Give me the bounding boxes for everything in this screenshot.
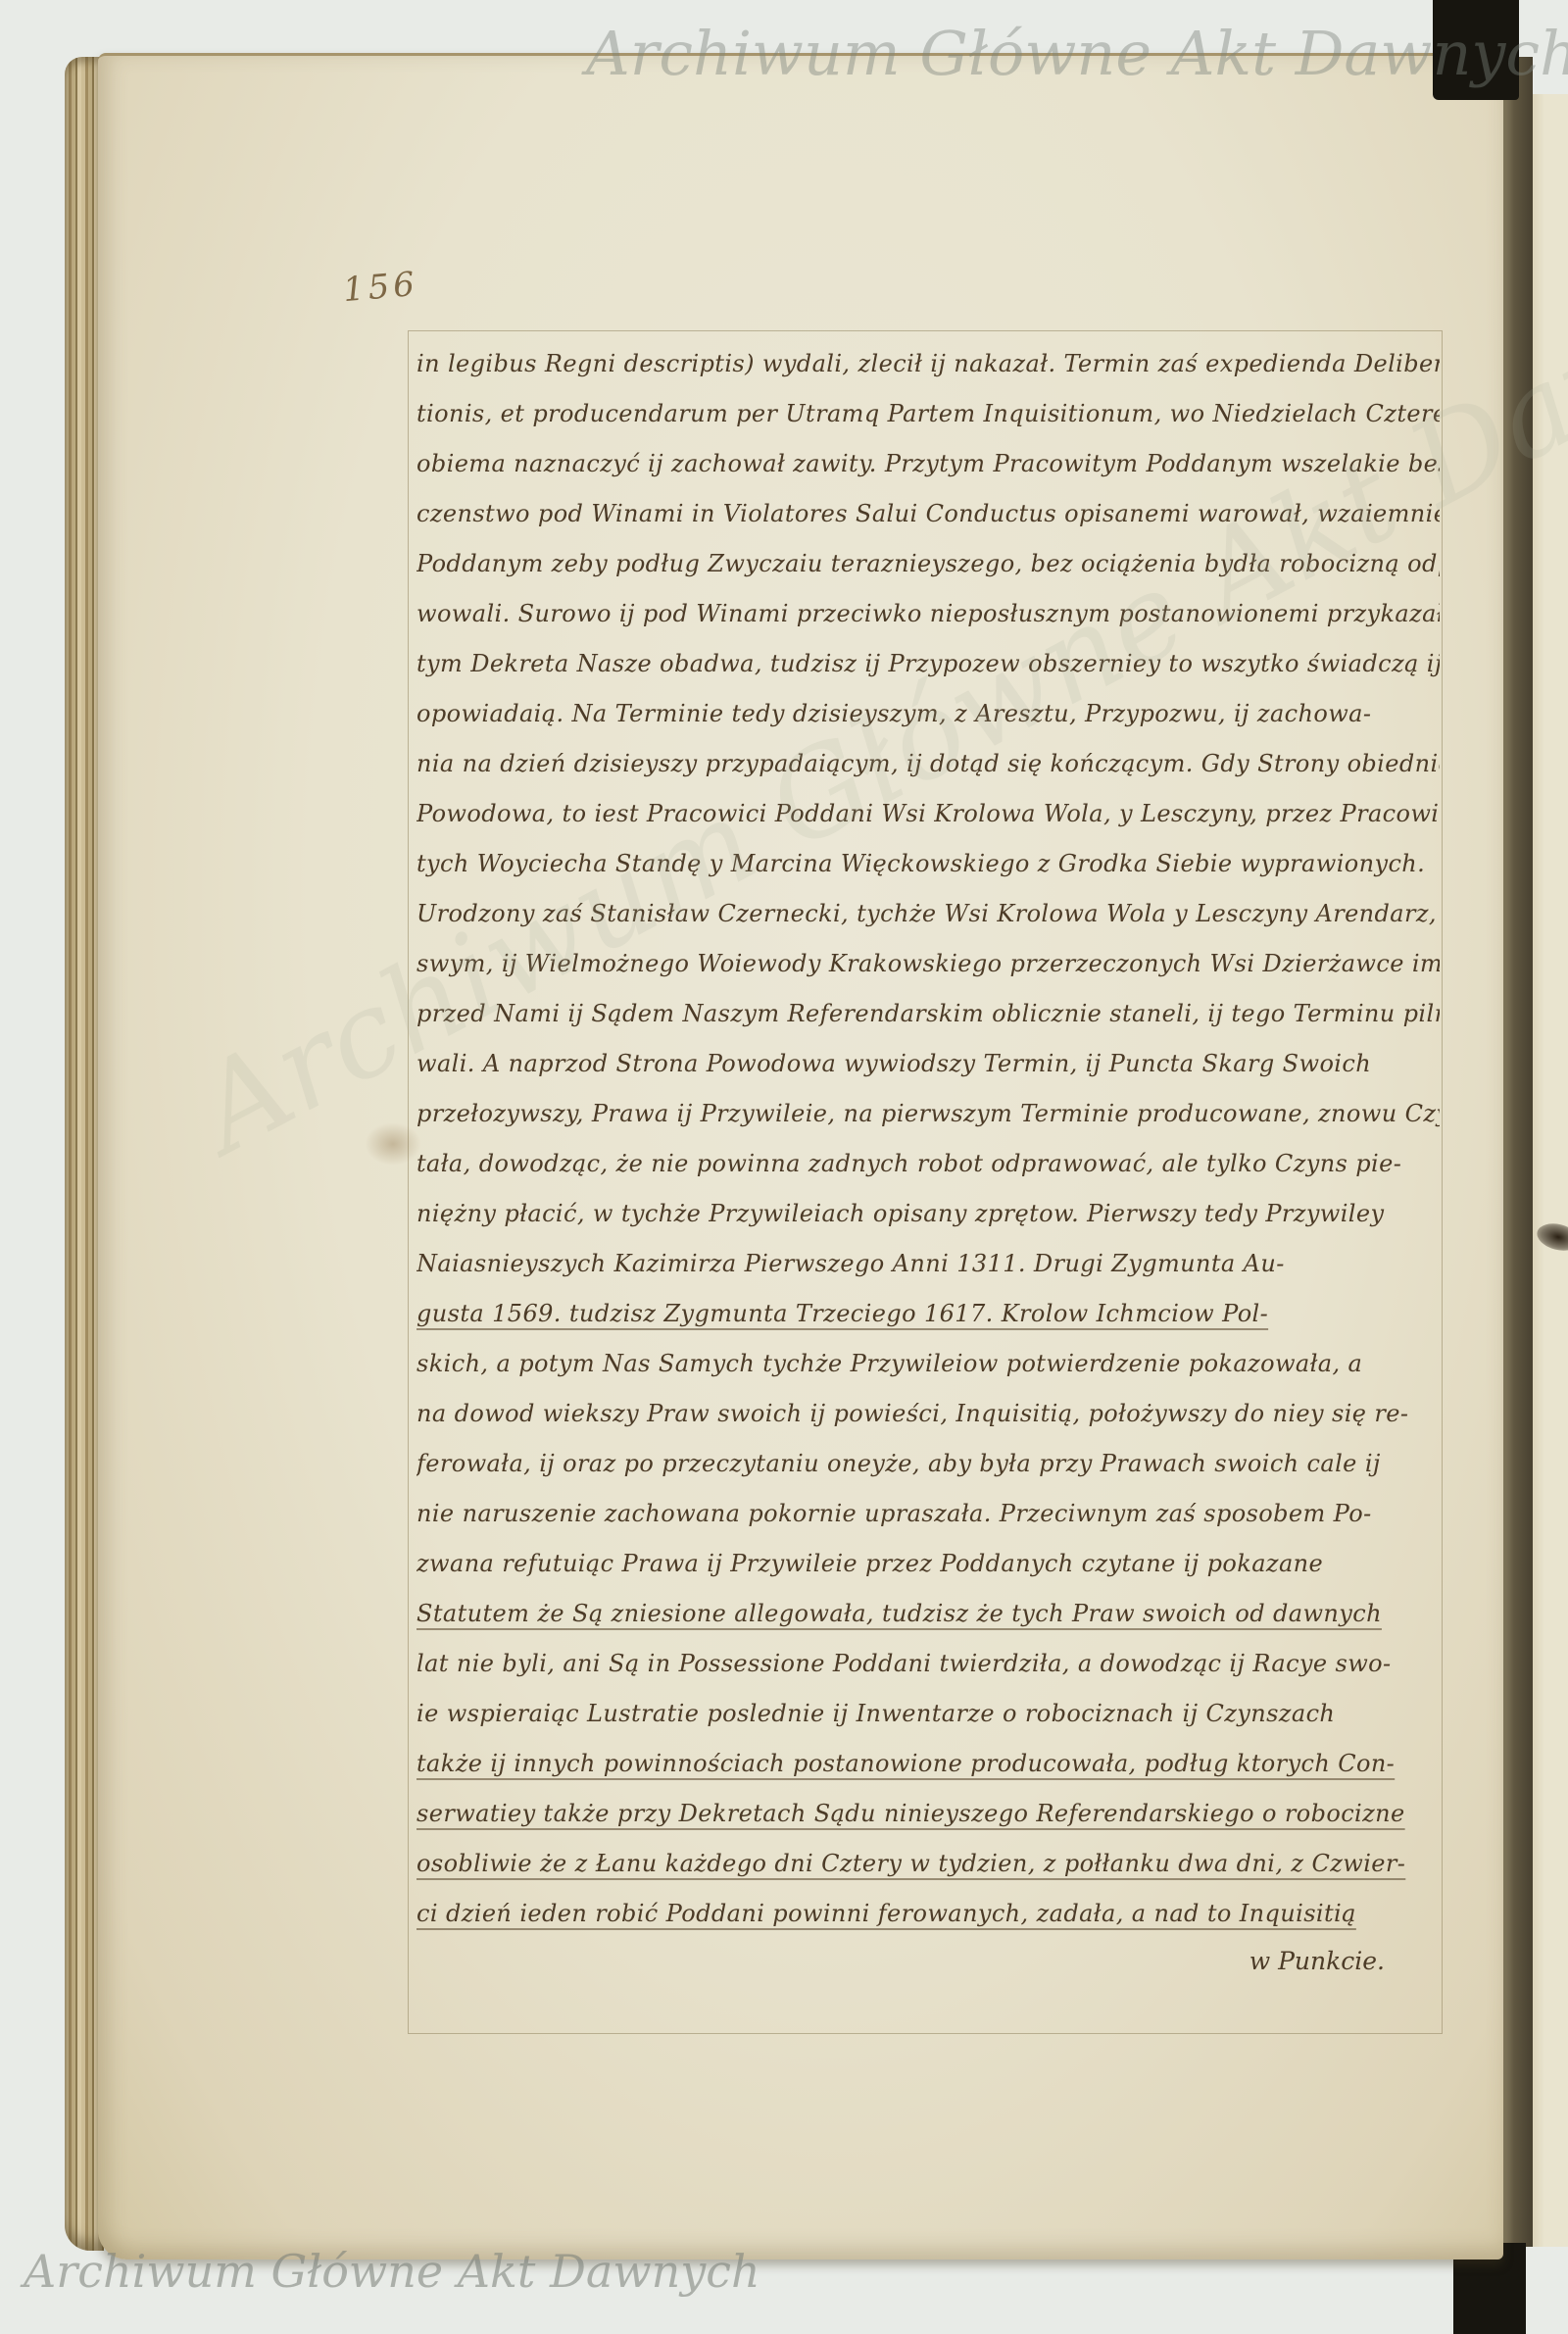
manuscript-line: tionis, et producendarum per Utramq Part… [416,389,1440,439]
catchword: w Punkcie. [416,1939,1440,1984]
manuscript-line: na dowod wiekszy Praw swoich ij powieści… [416,1389,1440,1439]
manuscript-line: lat nie byli, ani Są in Possessione Podd… [416,1639,1440,1689]
ink-stain [365,1122,421,1166]
text-block: in legibus Regni descriptis) wydali, zle… [408,330,1443,2034]
manuscript-page: 156 in legibus Regni descriptis) wydali,… [98,53,1503,2260]
manuscript-line: przełozywszy, Prawa ij Przywileie, na pi… [416,1089,1440,1139]
manuscript-line: wali. A naprzod Strona Powodowa wywiodsz… [416,1039,1440,1089]
manuscript-line: skich, a potym Nas Samych tychże Przywil… [416,1339,1440,1389]
manuscript-scan: 156 in legibus Regni descriptis) wydali,… [0,0,1568,2334]
manuscript-line: przed Nami ij Sądem Naszym Referendarski… [416,989,1440,1039]
manuscript-line: in legibus Regni descriptis) wydali, zle… [416,339,1440,389]
manuscript-line: nia na dzień dzisieyszy przypadaiącym, i… [416,739,1440,789]
manuscript-line: także ij innych powinnościach postanowio… [416,1739,1440,1789]
manuscript-line: ferowała, ij oraz po przeczytaniu oneyże… [416,1439,1440,1489]
manuscript-line: czenstwo pod Winami in Violatores Salui … [416,489,1440,539]
manuscript-line: opowiadaią. Na Terminie tedy dzisieyszym… [416,689,1440,739]
manuscript-line: zwana refutuiąc Prawa ij Przywileie prze… [416,1539,1440,1589]
manuscript-line: niężny płacić, w tychże Przywileiach opi… [416,1189,1440,1239]
book-gutter-shadow [1499,57,1533,2247]
folio-number: 156 [341,265,419,311]
manuscript-line: serwatiey także przy Dekretach Sądu nini… [416,1789,1440,1839]
manuscript-line: Statutem że Są zniesione allegowała, tud… [416,1589,1440,1639]
manuscript-line: tych Woyciecha Standę y Marcina Więckows… [416,839,1440,889]
manuscript-lines: in legibus Regni descriptis) wydali, zle… [416,339,1440,1939]
manuscript-line: tym Dekreta Nasze obadwa, tudzisz ij Prz… [416,639,1440,689]
manuscript-line: Naiasnieyszych Kazimirza Pierwszego Anni… [416,1239,1440,1289]
manuscript-line: ci dzień ieden robić Poddani powinni fer… [416,1889,1440,1939]
next-page-edge [1529,94,1568,2247]
manuscript-line: nie naruszenie zachowana pokornie uprasz… [416,1489,1440,1539]
manuscript-line: wowali. Surowo ij pod Winami przeciwko n… [416,589,1440,639]
manuscript-line: Poddanym zeby podług Zwyczaiu teraznieys… [416,539,1440,589]
manuscript-line: Powodowa, to iest Pracowici Poddani Wsi … [416,789,1440,839]
manuscript-line: obiema naznaczyć ij zachował zawity. Prz… [416,439,1440,489]
manuscript-line: ie wspieraiąc Lustratie poslednie ij Inw… [416,1689,1440,1739]
manuscript-line: Urodzony zaś Stanisław Czernecki, tychże… [416,889,1440,939]
manuscript-line: gusta 1569. tudzisz Zygmunta Trzeciego 1… [416,1289,1440,1339]
manuscript-line: osobliwie że z Łanu każdego dni Cztery w… [416,1839,1440,1889]
manuscript-line: tała, dowodząc, że nie powinna zadnych r… [416,1139,1440,1189]
manuscript-line: swym, ij Wielmożnego Woiewody Krakowskie… [416,939,1440,989]
book-cradle-strap-top [1433,0,1519,100]
